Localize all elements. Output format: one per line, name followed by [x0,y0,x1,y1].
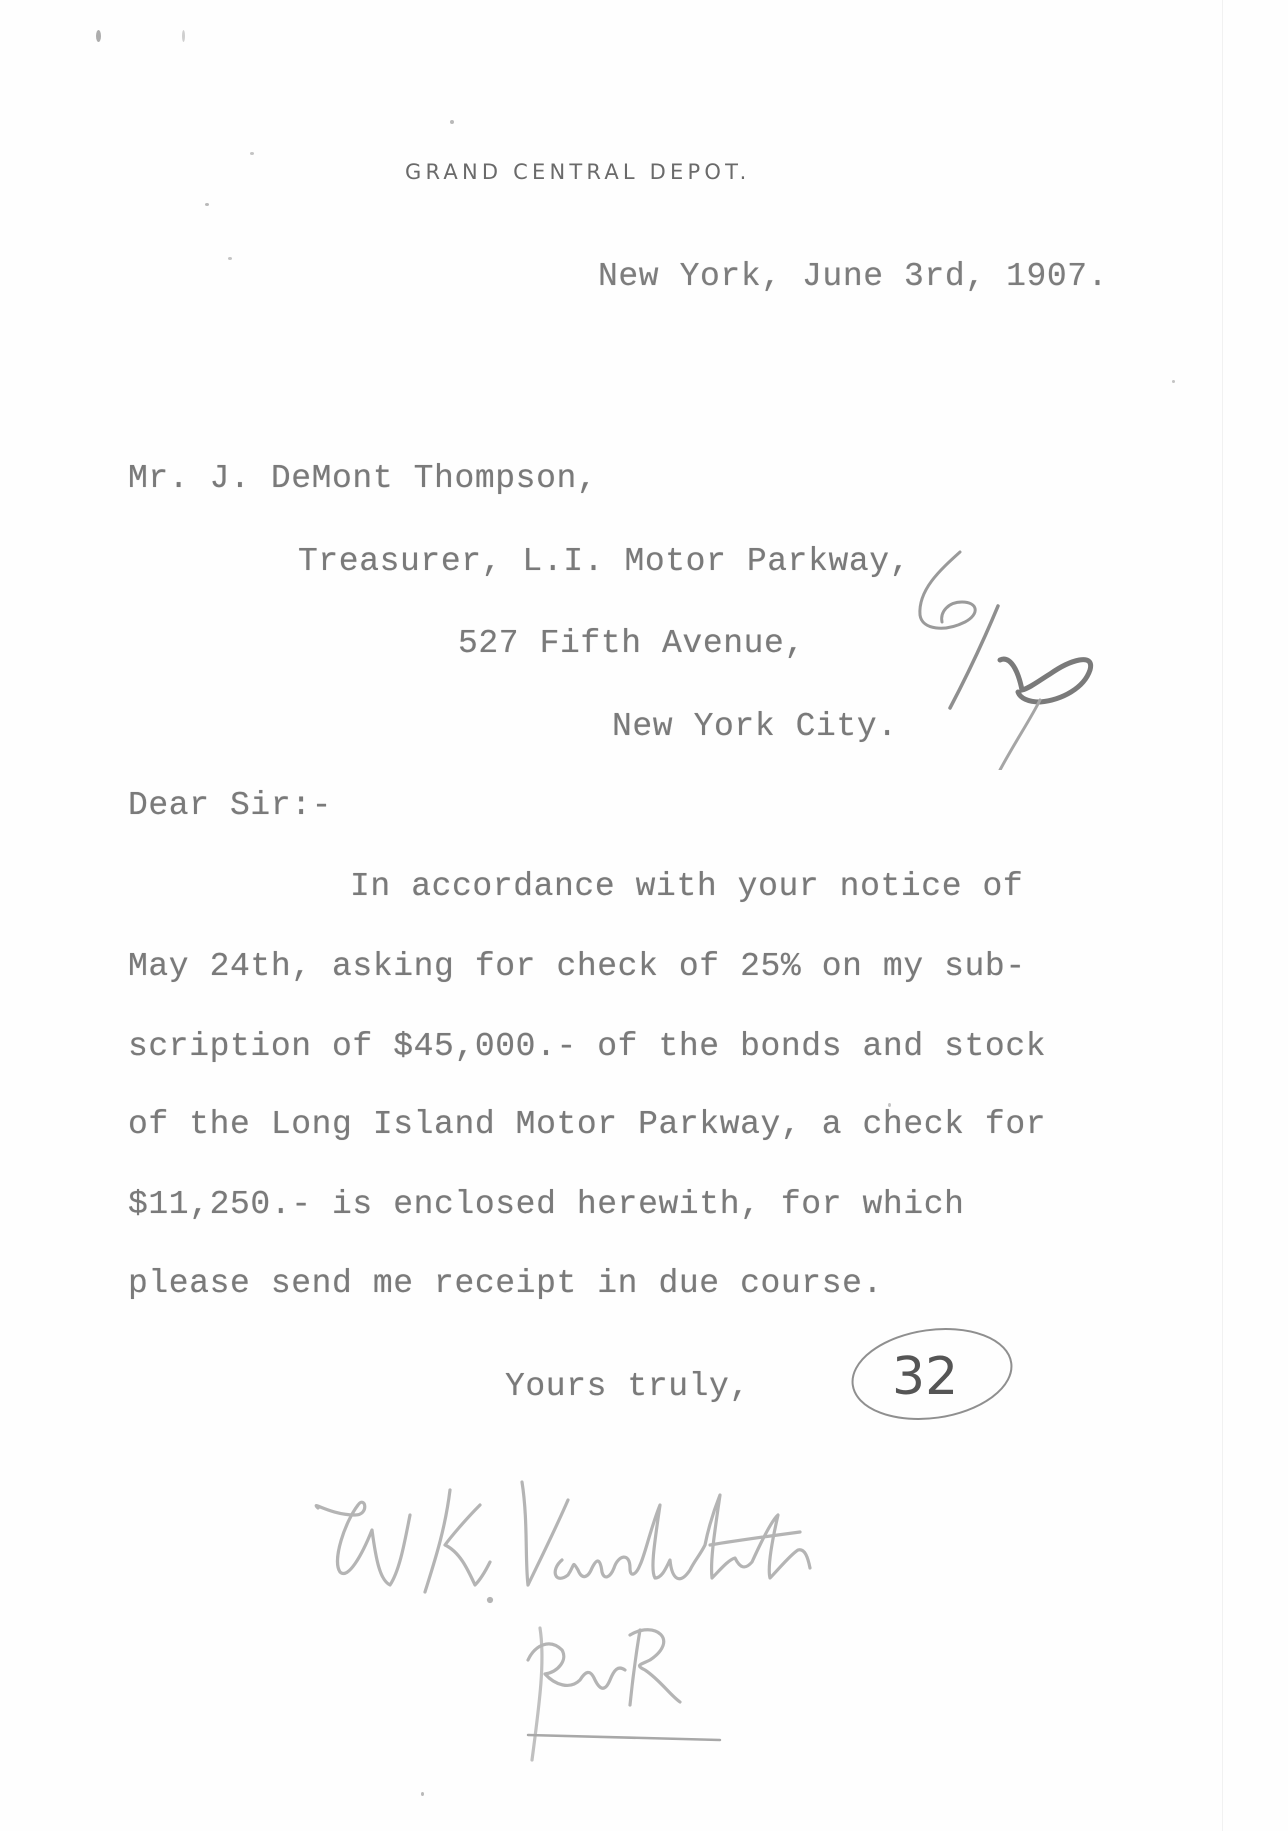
scan-speck [450,120,454,124]
closing: Yours truly, [505,1368,750,1405]
recipient-street: 527 Fifth Avenue, [458,625,805,662]
scan-speck [421,1792,424,1796]
body-line: please send me receipt in due course. [128,1265,883,1302]
scan-speck [1172,380,1175,383]
scan-speck [228,257,232,260]
body-line: May 24th, asking for check of 25% on my … [128,948,1026,985]
circled-number-text: 32 [892,1347,958,1407]
circled-page-number: 32 [840,1318,1020,1428]
margin-note-handwritten: 6/4 [890,530,1110,770]
scan-speck [182,30,185,42]
date-line: New York, June 3rd, 1907. [598,258,1108,295]
scan-speck [205,203,209,206]
recipient-title: Treasurer, L.I. Motor Parkway, [298,543,910,580]
body-line: In accordance with your notice of [350,868,1023,905]
signature: W. K. Vanderbilt [300,1460,1220,1780]
scan-speck [96,30,101,42]
page-edge-line [1222,0,1223,1831]
body-line: $11,250.- is enclosed herewith, for whic… [128,1186,965,1223]
letterhead: GRAND CENTRAL DEPOT. [405,160,751,184]
recipient-city: New York City. [612,708,898,745]
scan-speck [250,152,254,155]
recipient-name: Mr. J. DeMont Thompson, [128,460,597,497]
salutation: Dear Sir:- [128,787,332,824]
letter-page: GRAND CENTRAL DEPOT. New York, June 3rd,… [0,0,1288,1831]
body-line: scription of $45,000.- of the bonds and … [128,1028,1046,1065]
body-line: of the Long Island Motor Parkway, a chec… [128,1106,1046,1143]
